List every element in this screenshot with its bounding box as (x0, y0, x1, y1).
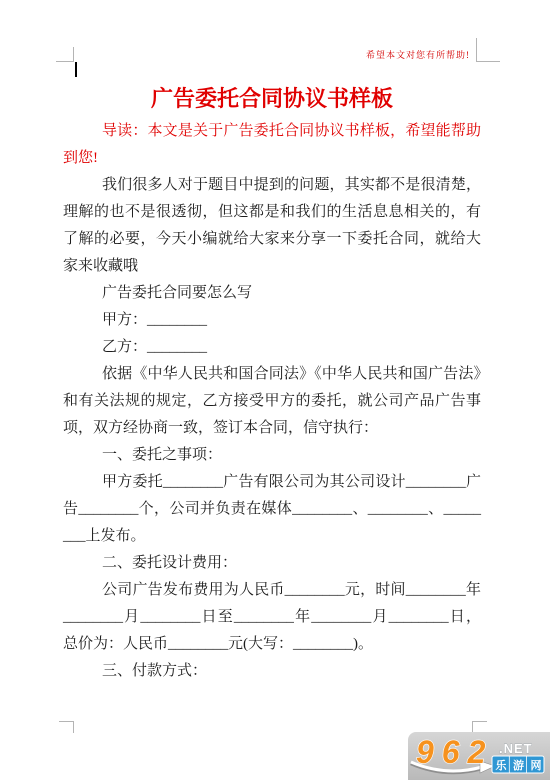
site-watermark-logo[interactable]: 962 .NET 乐游网 (408, 732, 550, 780)
document-body: 导读：本文是关于广告委托合同协议书样板，希望能帮助到您! 我们很多人对于题目中提… (63, 118, 481, 685)
text-caret (75, 62, 77, 77)
legal-basis-paragraph: 依据《中华人民共和国合同法》《中华人民共和国广告法》和有关法规的规定，乙方接受甲… (63, 361, 481, 442)
party-a-line: 甲方：________ (63, 307, 481, 334)
margin-crop-mark-top-left (56, 47, 74, 62)
margin-crop-mark-top-right (476, 38, 500, 62)
watermark-site-name-text: 乐游网 (496, 758, 549, 772)
clause-2-heading: 二、委托设计费用： (63, 550, 481, 577)
party-b-line: 乙方：________ (63, 334, 481, 361)
body-paragraph: 我们很多人对于题目中提到的问题，其实都不是很清楚，理解的也不是很透彻，但这都是和… (63, 172, 481, 280)
document-title: 广告委托合同协议书样板 (63, 82, 481, 113)
document-page: 希望本文对您有所帮助! 广告委托合同协议书样板 导读：本文是关于广告委托合同协议… (0, 0, 550, 780)
subtitle-line: 广告委托合同要怎么写 (63, 280, 481, 307)
watermark-net-text: .NET (499, 741, 533, 756)
header-note: 希望本文对您有所帮助! (366, 48, 470, 61)
clause-1-heading: 一、委托之事项： (63, 442, 481, 469)
margin-crop-mark-bottom-left (59, 721, 74, 733)
watermark-site-name-badge: 乐游网 (492, 756, 548, 773)
clause-2-paragraph: 公司广告发布费用为人民币________元，时间________年_______… (63, 577, 481, 658)
clause-1-paragraph: 甲方委托________广告有限公司为其公司设计________广告______… (63, 469, 481, 550)
intro-paragraph: 导读：本文是关于广告委托合同协议书样板，希望能帮助到您! (63, 118, 481, 172)
watermark-962-text: 962 (416, 734, 493, 770)
clause-3-heading: 三、付款方式： (63, 658, 481, 685)
